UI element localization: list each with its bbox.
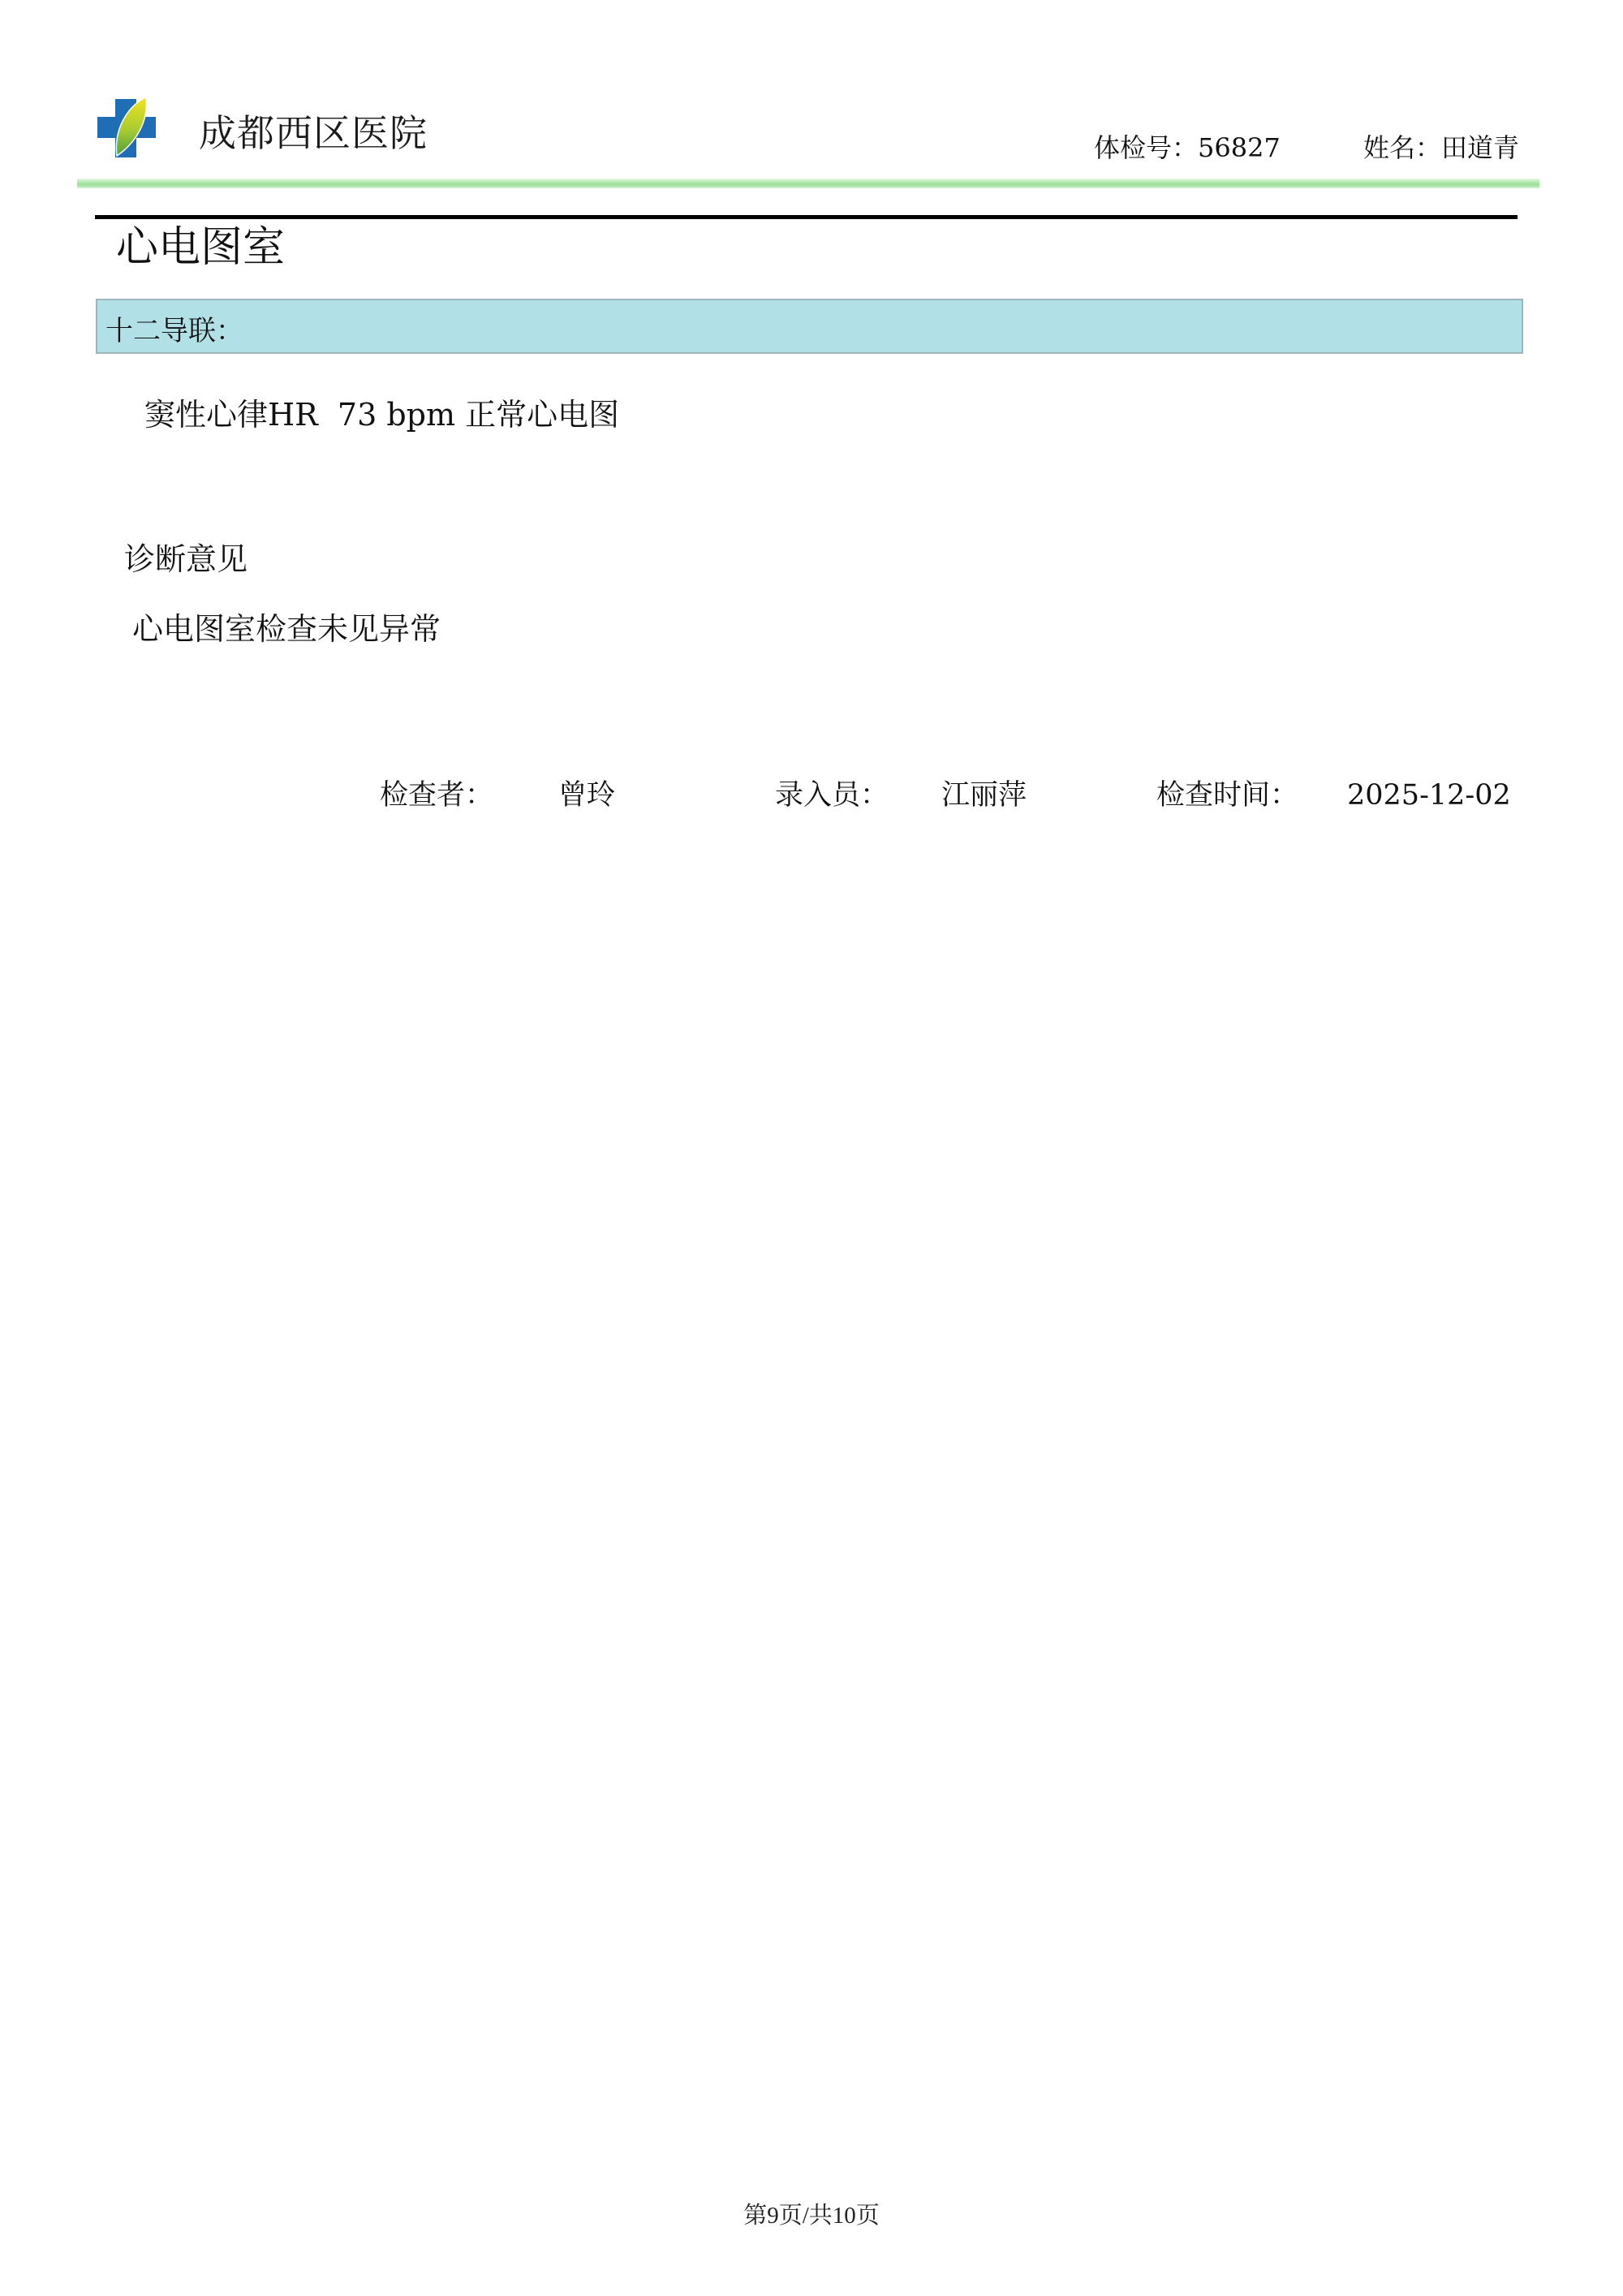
exam-time-label: 检查时间： bbox=[1156, 778, 1298, 813]
exam-time-value: 2025-12-02 bbox=[1347, 778, 1511, 813]
page-indicator: 第9页/共10页 bbox=[0, 2201, 1623, 2230]
examiner-value: 曾玲 bbox=[558, 778, 615, 813]
patient-name: 姓名：田道青 bbox=[1363, 131, 1519, 164]
patient-name-label: 姓名： bbox=[1363, 132, 1441, 163]
lead-bar-label: 十二导联： bbox=[105, 315, 243, 347]
lead-bar bbox=[96, 299, 1523, 354]
patient-name-value: 田道青 bbox=[1441, 132, 1519, 163]
entry-clerk-value: 江丽萍 bbox=[941, 778, 1027, 813]
exam-id-value: 56827 bbox=[1198, 132, 1281, 163]
ecg-result: 窦性心律HR 73 bpm 正常心电图 bbox=[144, 396, 619, 433]
hospital-logo-icon bbox=[96, 96, 159, 159]
diagnosis-heading: 诊断意见 bbox=[124, 541, 248, 578]
section-divider bbox=[95, 215, 1518, 219]
hospital-name: 成都西区医院 bbox=[199, 110, 428, 156]
examiner-label: 检查者： bbox=[380, 778, 493, 813]
entry-clerk-label: 录入员： bbox=[775, 778, 889, 813]
header-divider bbox=[77, 179, 1539, 188]
section-title: 心电图室 bbox=[116, 221, 285, 274]
exam-id-label: 体检号： bbox=[1094, 132, 1198, 163]
exam-id: 体检号：56827 bbox=[1094, 131, 1281, 164]
diagnosis-text: 心电图室检查未见异常 bbox=[132, 610, 441, 648]
